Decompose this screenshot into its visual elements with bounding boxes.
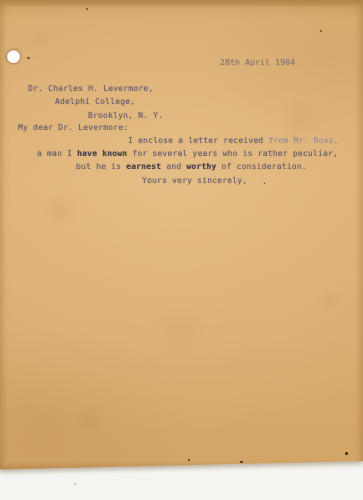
body-text-segment: for several years who is rather peculiar… [127,149,338,158]
body-text-segment: from Mr. Ross, [268,136,338,145]
letter-salutation: My dear Dr. Levermore: [18,123,128,133]
paper-speck [86,8,88,10]
letter-date: 28th April 1904 [220,58,295,68]
letter-body-line: I enclose a letter received from Mr. Ros… [128,136,339,146]
paper-speck [320,30,322,32]
paper-speck [240,461,243,463]
background-speck [74,483,76,485]
body-text-segment: a man I [37,149,77,158]
letter-paper-wrap: 28th April 1904 Dr. Charles H. Levermore… [0,0,363,470]
body-text-segment: I enclose a letter received [128,136,268,145]
body-text-segment: but he is [76,162,126,171]
body-text-segment: worthy [186,162,216,171]
letter-closing: Yours very sincerely, [142,176,247,186]
paper-speck [345,452,348,455]
body-text-segment: have known [77,149,127,158]
letter-body-line: but he is earnest and worthy of consider… [76,162,307,172]
recipient-institution: Adelphi College, [55,97,135,107]
paper-speck [27,57,30,59]
body-text-segment: of consideration. [217,162,307,171]
stray-type-mark: . [262,177,267,187]
recipient-city: Brooklyn, N. Y. [88,111,163,121]
punch-hole [7,50,20,63]
letter-body-line: a man I have known for several years who… [37,149,338,159]
scan-background: 28th April 1904 Dr. Charles H. Levermore… [0,0,363,500]
letter-paper: 28th April 1904 Dr. Charles H. Levermore… [0,0,363,470]
body-text-segment: earnest [126,162,161,171]
paper-speck [188,459,190,461]
body-text-segment: and [161,162,186,171]
recipient-name: Dr. Charles H. Levermore, [28,84,153,94]
